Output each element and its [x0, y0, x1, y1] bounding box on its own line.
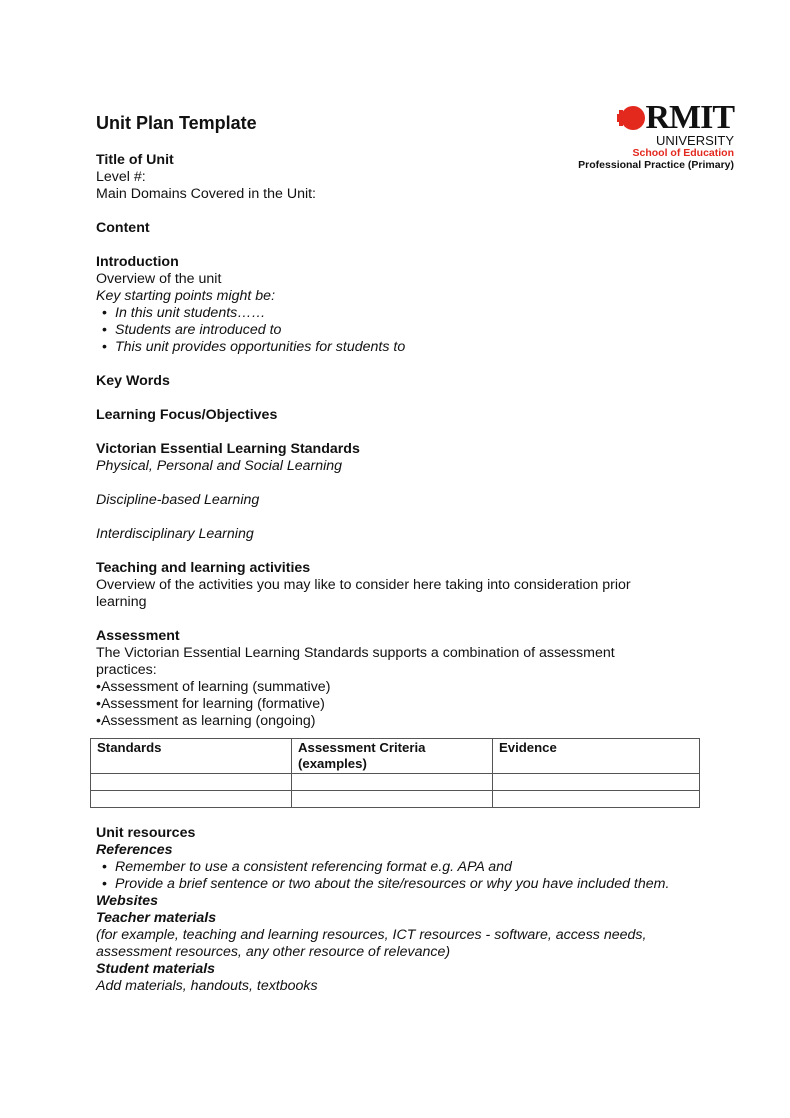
list-item: Remember to use a consistent referencing… — [96, 859, 706, 876]
document-page: RMIT UNIVERSITY School of Education Prof… — [0, 0, 790, 1118]
student-materials-heading: Student materials — [96, 961, 706, 978]
page-title: Unit Plan Template — [96, 112, 706, 134]
activities-text: Overview of the activities you may like … — [96, 577, 706, 594]
level-label: Level #: — [96, 169, 706, 186]
student-materials-text: Add materials, handouts, textbooks — [96, 978, 706, 995]
column-header-criteria: Assessment Criteria (examples) — [291, 739, 492, 774]
table-cell — [91, 791, 292, 808]
activities-heading: Teaching and learning activities — [96, 560, 706, 577]
list-item: Students are introduced to — [96, 322, 706, 339]
list-item: This unit provides opportunities for stu… — [96, 339, 706, 356]
key-points-label: Key starting points might be: — [96, 288, 706, 305]
table-row — [91, 791, 700, 808]
learning-focus-heading: Learning Focus/Objectives — [96, 407, 706, 424]
vels-strand: Interdisciplinary Learning — [96, 526, 706, 543]
teacher-materials-text-continued: assessment resources, any other resource… — [96, 944, 706, 961]
activities-text-continued: learning — [96, 594, 706, 611]
title-of-unit-label: Title of Unit — [96, 152, 706, 169]
table-cell — [492, 791, 699, 808]
document-body: Unit Plan Template Title of Unit Level #… — [96, 112, 706, 995]
main-domains-label: Main Domains Covered in the Unit: — [96, 186, 706, 203]
list-item: Assessment as learning (ongoing) — [96, 713, 706, 730]
introduction-heading: Introduction — [96, 254, 706, 271]
references-heading: References — [96, 842, 706, 859]
content-heading: Content — [96, 220, 706, 237]
key-words-heading: Key Words — [96, 373, 706, 390]
assessment-text-continued: practices: — [96, 662, 706, 679]
table-row — [91, 774, 700, 791]
table-cell — [492, 774, 699, 791]
vels-heading: Victorian Essential Learning Standards — [96, 441, 706, 458]
list-item: Assessment of learning (summative) — [96, 679, 706, 696]
column-header-evidence: Evidence — [492, 739, 699, 774]
introduction-bullets: In this unit students…… Students are int… — [96, 305, 706, 356]
list-item: Assessment for learning (formative) — [96, 696, 706, 713]
references-bullets: Remember to use a consistent referencing… — [96, 859, 706, 893]
teacher-materials-heading: Teacher materials — [96, 910, 706, 927]
introduction-overview: Overview of the unit — [96, 271, 706, 288]
teacher-materials-text: (for example, teaching and learning reso… — [96, 927, 706, 944]
assessment-text: The Victorian Essential Learning Standar… — [96, 645, 706, 662]
table-header-row: Standards Assessment Criteria (examples)… — [91, 739, 700, 774]
table-cell — [91, 774, 292, 791]
vels-strand: Discipline-based Learning — [96, 492, 706, 509]
assessment-bullets: Assessment of learning (summative) Asses… — [96, 679, 706, 730]
table-cell — [291, 774, 492, 791]
unit-resources-heading: Unit resources — [96, 825, 706, 842]
column-header-standards: Standards — [91, 739, 292, 774]
assessment-heading: Assessment — [96, 628, 706, 645]
list-item: In this unit students…… — [96, 305, 706, 322]
table-cell — [291, 791, 492, 808]
vels-strand: Physical, Personal and Social Learning — [96, 458, 706, 475]
websites-heading: Websites — [96, 893, 706, 910]
assessment-table: Standards Assessment Criteria (examples)… — [90, 738, 700, 808]
list-item: Provide a brief sentence or two about th… — [96, 876, 706, 893]
